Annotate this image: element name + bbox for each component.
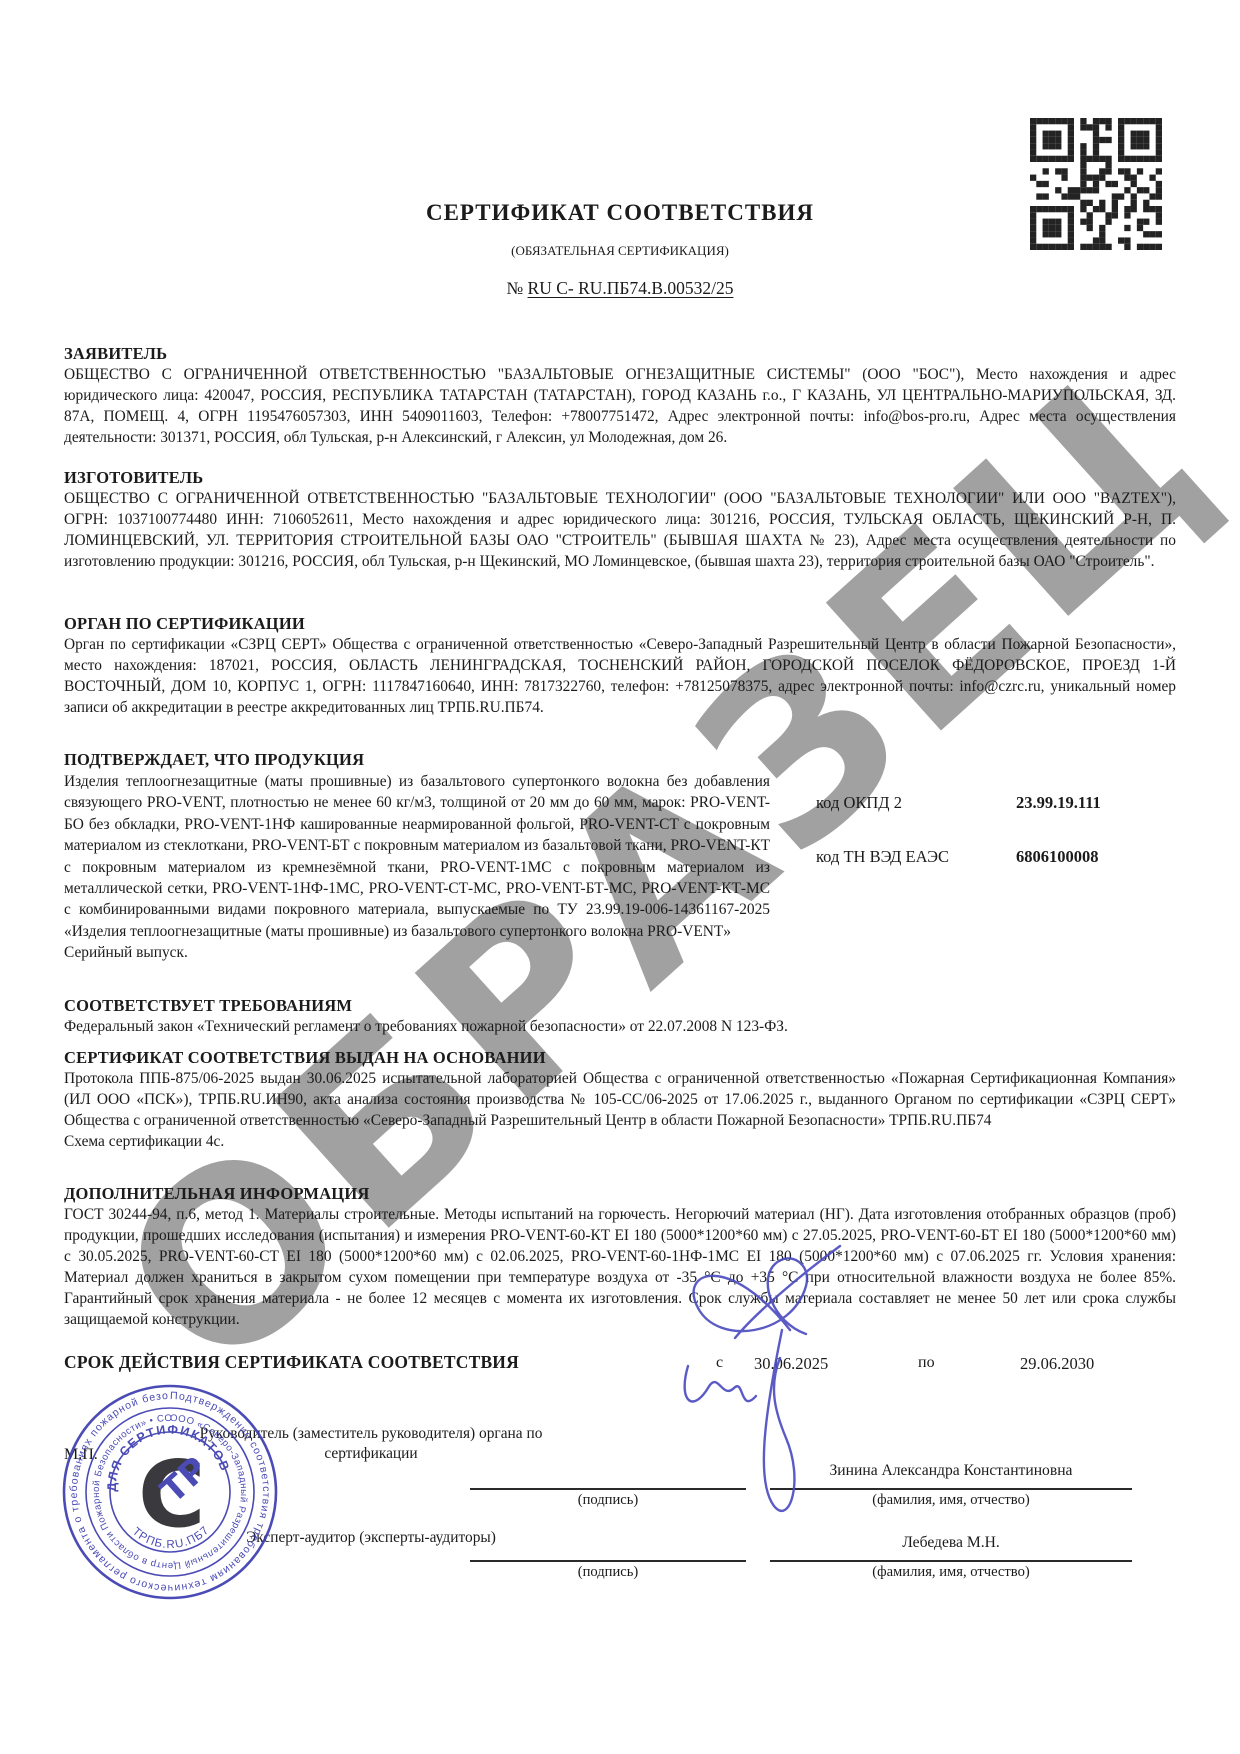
signature-caption: (подпись) — [470, 1564, 746, 1581]
handwritten-signatures — [640, 1238, 910, 1528]
certification-round-stamp: Подтверждение соответствия требованиям т… — [56, 1378, 284, 1606]
expert-signature-stroke — [685, 1330, 795, 1511]
expert-name-line — [770, 1560, 1132, 1562]
head-signature-stroke — [694, 1246, 840, 1338]
expert-signature-line — [470, 1560, 746, 1562]
expert-full-name: Лебедева М.Н. — [770, 1534, 1132, 1552]
name-caption: (фамилия, имя, отчество) — [770, 1564, 1132, 1581]
certificate-page: ОБРАЗЕЦ СЕРТИФИКАТ СООТВЕТСТВИЯ (ОБЯЗАТЕ… — [0, 0, 1240, 1754]
